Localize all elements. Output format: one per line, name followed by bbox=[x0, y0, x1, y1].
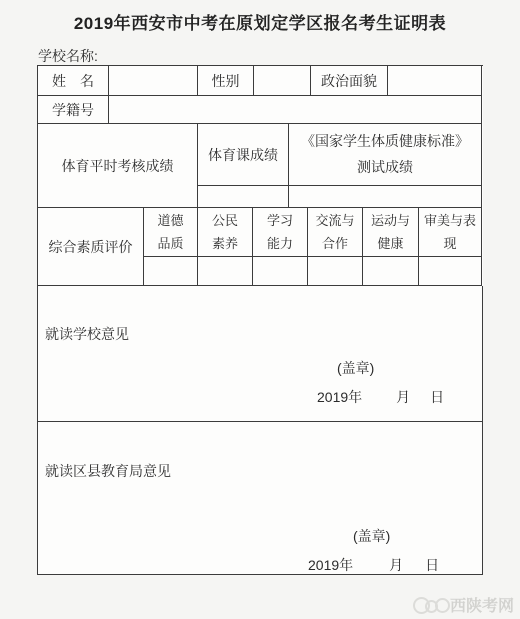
national-standard-input-cell bbox=[289, 186, 482, 208]
gender-input-cell bbox=[254, 66, 311, 96]
date-month: 月 bbox=[389, 557, 403, 573]
name-input-cell bbox=[109, 66, 198, 96]
watermark: 西陕考网 bbox=[413, 593, 514, 616]
bureau-opinion-date-line: 2019年月日 bbox=[308, 555, 439, 575]
student-id-row: 学籍号 bbox=[38, 96, 483, 124]
comprehensive-input-cell bbox=[419, 257, 482, 286]
school-opinion-cell: 就读学校意见 (盖章) 2019年月日 bbox=[38, 286, 483, 422]
comprehensive-label-cell: 综合素质评价 bbox=[38, 208, 144, 286]
identity-row: 姓 名 性别 政治面貌 bbox=[38, 66, 483, 96]
date-day: 日 bbox=[430, 389, 444, 405]
school-name-label: 学校名称: bbox=[38, 46, 98, 66]
date-year: 2019年 bbox=[308, 557, 353, 573]
comprehensive-header-cell: 道德 品质 bbox=[144, 208, 198, 257]
political-status-input-cell bbox=[388, 66, 482, 96]
pe-class-score-input-cell bbox=[198, 186, 289, 208]
comprehensive-header-cell: 学习 能力 bbox=[253, 208, 308, 257]
national-standard-label-cell: 《国家学生体质健康标准》 测试成绩 bbox=[289, 124, 482, 186]
school-opinion-date-line: 2019年月日 bbox=[317, 387, 444, 407]
comprehensive-input-cell bbox=[253, 257, 308, 286]
comprehensive-header-cell: 公民 素养 bbox=[198, 208, 253, 257]
political-status-label-cell: 政治面貌 bbox=[311, 66, 388, 96]
comprehensive-input-cell bbox=[308, 257, 363, 286]
comprehensive-input-cell bbox=[198, 257, 253, 286]
school-opinion-stamp-note: (盖章) bbox=[337, 358, 374, 378]
name-label-cell: 姓 名 bbox=[38, 66, 109, 96]
comprehensive-header-cell: 审美与表 现 bbox=[419, 208, 482, 257]
bureau-opinion-stamp-note: (盖章) bbox=[353, 526, 390, 546]
date-month: 月 bbox=[396, 389, 410, 405]
pe-daily-score-label-cell: 体育平时考核成绩 bbox=[38, 124, 198, 208]
student-id-label-cell: 学籍号 bbox=[38, 96, 109, 124]
comprehensive-input-cell bbox=[144, 257, 198, 286]
certificate-form-table: 姓 名 性别 政治面貌 学籍号 体育平时考核成绩 体育课成绩 《国家学生体质健康… bbox=[37, 65, 483, 575]
date-day: 日 bbox=[425, 557, 439, 573]
bureau-opinion-label: 就读区县教育局意见 bbox=[45, 461, 171, 481]
watermark-text: 西陕考网 bbox=[450, 593, 514, 616]
date-year: 2019年 bbox=[317, 389, 362, 405]
sports-score-section: 体育平时考核成绩 体育课成绩 《国家学生体质健康标准》 测试成绩 bbox=[38, 124, 483, 208]
page-title: 2019年西安市中考在原划定学区报名考生证明表 bbox=[0, 9, 520, 34]
student-id-input-cell bbox=[109, 96, 482, 124]
comprehensive-header-cell: 运动与 健康 bbox=[363, 208, 419, 257]
pe-class-score-label-cell: 体育课成绩 bbox=[198, 124, 289, 186]
comprehensive-evaluation-section: 综合素质评价 道德 品质 公民 素养 学习 能力 交流与 合作 运动与 健康 审… bbox=[38, 208, 483, 286]
watermark-logo-icon bbox=[413, 595, 447, 615]
comprehensive-input-cell bbox=[363, 257, 419, 286]
gender-label-cell: 性别 bbox=[198, 66, 254, 96]
bureau-opinion-cell: 就读区县教育局意见 (盖章) 2019年月日 bbox=[38, 422, 483, 575]
school-opinion-label: 就读学校意见 bbox=[45, 324, 129, 344]
comprehensive-header-cell: 交流与 合作 bbox=[308, 208, 363, 257]
